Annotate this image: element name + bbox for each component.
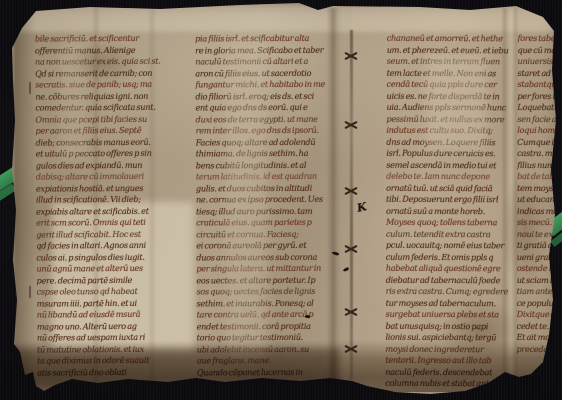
manuscript-text-line: eos uectes. et altare portetur. Ip [196,274,347,286]
manuscript-text-line: um. et pherezeū. et eueū. et iebu [387,44,511,56]
manuscript-text-line: per singula latera. ut mittantur in [196,263,347,275]
manuscript-text-line: isrl. Populus dure ceruicis es. [386,148,510,160]
manuscript-text-line: duos annulos aureos sub corona [196,251,347,263]
manuscript-text-line: lionis sui. aspiciebantq; tergū [385,332,509,344]
manuscript-text-line: indutus est cultu suo. Dixitq; [386,125,510,137]
stitch-icon [344,308,358,316]
manuscript-text-line: Facies quoq; altare ad adolendū [196,136,347,148]
manuscript-text-line: moysi donec ingrederetur [385,343,509,355]
manuscript-text-line: tare contra uelū. qd ante arcā p [197,309,348,321]
manuscript-text-line: terum latitudinis. id est quadran [196,171,347,183]
manuscript-text-line: pia filiis isrl. et scificabitur alta [195,33,346,45]
manuscript-text-line: ent quia ego dns ds eorū. qui e [195,102,346,114]
manuscript-photo: bile sacrificiū. et scificenturofferenti… [0,0,562,400]
manuscript-text-line: ris extra castra. Cumq; egredere [386,286,510,298]
manuscript-text-line: re in gloria mea. Scificabo et taber [195,44,346,56]
text-column-3: chananeū et amorreū. et hetheum. et pher… [385,33,511,394]
manuscript-text-line: dio filiorū isrl. eroq; eis ds. et sci [195,90,346,102]
manuscript-text-line: bat unusquisq; in ostio papi [385,320,509,332]
manuscript-text-line: ornatū tuū. ut sciā quid faciā [386,182,510,194]
stitch-icon [344,121,358,129]
manuscript-text-line: ubi adolebit incensū aaron. su [197,343,348,355]
manuscript-text-line: seum. et intres in terram fluen [387,56,511,68]
manuscript-text-line: uia. Audiens ppls sermonē hunc [386,102,510,114]
manuscript-text-line: duxi eos de terra egypti. ut mane [196,113,347,125]
margin-tick-mark [29,286,31,298]
manuscript-text-line: fungantur michi. et habitabo in me [195,79,346,91]
manuscript-text-line: aue fraglans. mane. [197,355,348,367]
manuscript-text-line: pcul. uocauitq; nomē eius taber [386,240,510,252]
manuscript-text-line: rem inter illos. ego dns ds ipsorū. [196,125,347,137]
manuscript-text-line: naculū testimonii cū altari et a [195,56,346,68]
manuscript-text-line: ei coronā aureolā per gyrū. et [196,240,347,252]
ink-blot [305,315,310,319]
manuscript-text-line: gulis. et duos cubitos in altitudi [196,182,347,194]
text-column-2: pia filiis isrl. et scificabitur altare … [195,33,348,386]
manuscript-text-line: Moyses quoq; tollens taberna [386,217,510,229]
parchment-bifolium: bile sacrificiū. et scificenturofferenti… [0,0,562,400]
manuscript-text-line: tur moyses ad tabernaculum. [386,297,510,309]
stitch-icon [344,245,358,253]
manuscript-text-line: diebatur ad tabernaculū foede [386,274,510,286]
manuscript-text-line: chananeū et amorreū. et hethe [387,33,511,45]
manuscript-text-line: semel ascendā in medio tui et [386,159,510,171]
manuscript-text-line: ne. cornua ex ipso procedent. Ues [196,194,347,206]
manuscript-text-line: thimiama. de lignis sethim. ha [196,148,347,160]
text-column-1: bile sacrificiū. et scificenturofferenti… [35,32,191,383]
manuscript-text-line: surgebat uniuersa plebs et sta [386,309,510,321]
stitch-icon [344,187,358,195]
manuscript-text-line: naculū federis. descendebat [385,366,509,378]
manuscript-text-line: tiesq; illud auro purissimo. tam [196,205,347,217]
left-edge-shadow [14,8,36,388]
manuscript-text-line: tentorii. Ingresso aut illo tab [385,355,509,367]
manuscript-text-line: tibi. Deposuerunt ergo filii isrl [386,194,510,206]
manuscript-text-line: culum federis. Et omis ppls q [386,251,510,263]
manuscript-text-line: delebo te. Iam nunc depone [386,171,510,183]
manuscript-text-line: Quando cōponet lucernas in [197,366,348,378]
manuscript-text-line: circuitū et cornua. Faciesq; [196,228,347,240]
manuscript-text-line: atis sacrificiū dno oblati [37,366,191,379]
manuscript-text-line: uicis es. ne forte disperdā te in [386,90,510,102]
margin-tick-mark [29,82,31,94]
manuscript-text-line: cendā tecū quia ppls dure cer [387,79,511,91]
sewing-seam [350,30,353,380]
manuscript-text-line: craticulā eius. quam parietes p [196,217,347,229]
manuscript-text-line: pessimū luxit. et nullus ex more [386,113,510,125]
manuscript-text-line: aron cū filiis eius. ut sacerdotio [195,67,346,79]
manuscript-text-line: habebat aliquā questionē egre [386,263,510,275]
manuscript-text-line: sos quoq; uectes facies de lignis [196,286,347,298]
manuscript-text-line: tem lacte et melle. Non eni as [387,67,511,79]
manuscript-text-line: ornatū suū a monte horeb. [386,205,510,217]
manuscript-text-line: culum. tetendit extra castra [386,228,510,240]
stitch-icon [344,345,358,353]
manuscript-text-line: dns ad moysen. Loquere filiis [386,136,510,148]
manuscript-text-line: sethim. et inaurabis. Ponesq; al [196,297,347,309]
manuscript-text-line: bens cubitū longitudinis. et al [196,159,347,171]
manuscript-text-line: endet testimonii. corā propitia [197,320,348,332]
marginal-nota-mark: K [356,200,368,215]
stitch-icon [344,52,358,60]
manuscript-text-line: sen facie ad faciē. sicut solet [517,113,562,125]
manuscript-text-line: torio quo tegitur testimoniū. [197,332,348,344]
